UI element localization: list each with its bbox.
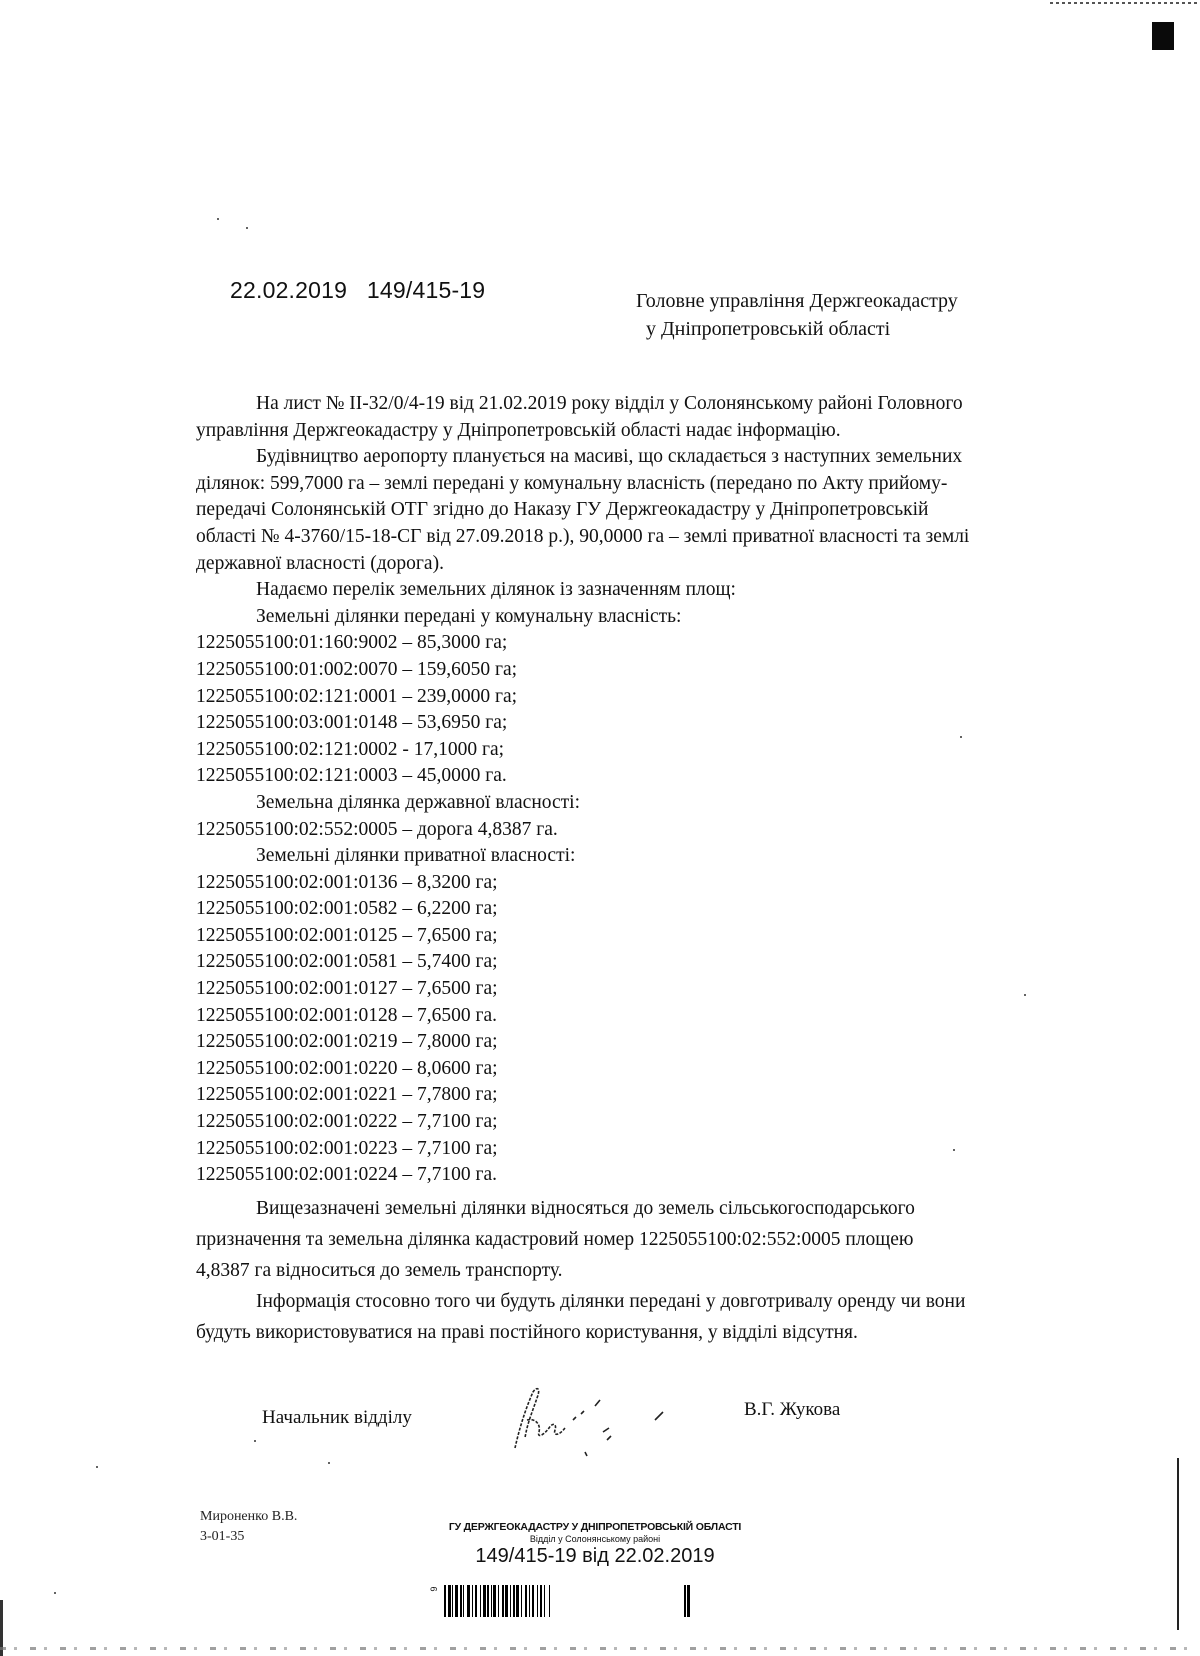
private-parcel: 1225055100:02:001:0224 – 7,7100 га.	[196, 1162, 1092, 1189]
intro-line-2: управління Держгеокадастру у Дніпропетро…	[196, 418, 1092, 445]
scan-dot	[960, 736, 962, 738]
private-parcel: 1225055100:02:001:0582 – 6,2200 га;	[196, 896, 1092, 923]
private-parcel: 1225055100:02:001:0221 – 7,7800 га;	[196, 1082, 1092, 1109]
communal-parcel: 1225055100:03:001:0148 – 53,6950 га;	[196, 710, 1092, 737]
stamp-registration-number: 149/415-19 від 22.02.2019	[430, 1545, 760, 1568]
private-parcel: 1225055100:02:001:0128 – 7,6500 га.	[196, 1003, 1092, 1030]
private-parcel: 1225055100:02:001:0223 – 7,7100 га;	[196, 1136, 1092, 1163]
scan-dot	[217, 218, 219, 220]
communal-parcel: 1225055100:01:160:9002 – 85,3000 га;	[196, 630, 1092, 657]
construction-line-4: області № 4-3760/15-18-СГ від 27.09.2018…	[196, 524, 1092, 551]
private-parcel: 1225055100:02:001:0136 – 8,3200 га;	[196, 870, 1092, 897]
scan-dot	[246, 227, 248, 229]
signature-role: Начальник відділу	[262, 1407, 412, 1429]
handwritten-signature	[505, 1380, 705, 1460]
document-date: 22.02.2019	[230, 277, 347, 303]
stamp-department: Відділ у Солонянському районі	[430, 1534, 760, 1544]
construction-line-5: державної власності (дорога).	[196, 551, 1092, 578]
outgoing-number: 149/415-19	[367, 277, 485, 303]
state-heading: Земельна ділянка державної власності:	[196, 790, 1092, 817]
letter-body: На лист № ІІ-32/0/4-19 від 21.02.2019 ро…	[196, 391, 1092, 1348]
scan-edge-line	[1177, 1458, 1179, 1630]
intro-line-1: На лист № ІІ-32/0/4-19 від 21.02.2019 ро…	[196, 391, 1092, 418]
addressee-line-1: Головне управління Держгеокадастру	[636, 287, 958, 315]
classification-line-3: 4,8387 га відноситься до земель транспор…	[196, 1255, 1092, 1286]
scan-registration-mark	[1152, 22, 1174, 50]
construction-line-1: Будівництво аеропорту планується на маси…	[196, 444, 1092, 471]
scan-dot	[54, 1592, 56, 1594]
executor-phone: 3-01-35	[200, 1527, 297, 1547]
communal-parcel: 1225055100:02:121:0003 – 45,0000 га.	[196, 763, 1092, 790]
scan-dot	[328, 1462, 330, 1464]
communal-parcel: 1225055100:01:002:0070 – 159,6050 га;	[196, 657, 1092, 684]
classification-line-2: призначення та земельна ділянка кадастро…	[196, 1224, 1092, 1255]
document-date-number: 22.02.2019 149/415-19	[230, 277, 485, 304]
communal-heading: Земельні ділянки передані у комунальну в…	[196, 604, 1092, 631]
signatory-name: В.Г. Жукова	[744, 1399, 840, 1421]
lease-info-line-1: Інформація стосовно того чи будуть ділян…	[196, 1286, 1092, 1317]
private-parcel: 1225055100:02:001:0581 – 5,7400 га;	[196, 949, 1092, 976]
classification-line-1: Вищезазначені земельні ділянки відносять…	[196, 1193, 1092, 1224]
barcode	[444, 1585, 550, 1617]
barcode-end-bars	[684, 1585, 690, 1617]
scan-dot	[96, 1466, 98, 1468]
state-parcel: 1225055100:02:552:0005 – дорога 4,8387 г…	[196, 817, 1092, 844]
lease-info-line-2: будуть використовуватися на праві постій…	[196, 1317, 1092, 1348]
scan-dot	[1024, 994, 1026, 996]
scan-dot	[953, 1149, 955, 1151]
private-parcel: 1225055100:02:001:0125 – 7,6500 га;	[196, 923, 1092, 950]
stamp-organization: ГУ ДЕРЖГЕОКАДАСТРУ У ДНІПРОПЕТРОВСЬКІЙ О…	[430, 1521, 760, 1533]
communal-parcel: 1225055100:02:121:0002 - 17,1000 га;	[196, 737, 1092, 764]
private-parcel: 1225055100:02:001:0127 – 7,6500 га;	[196, 976, 1092, 1003]
barcode-digit: 6	[429, 1586, 439, 1591]
executor-block: Мироненко В.В. 3-01-35	[200, 1507, 297, 1547]
addressee-block: Головне управління Держгеокадастру у Дні…	[636, 287, 958, 343]
construction-line-2: ділянок: 599,7000 га – землі передані у …	[196, 471, 1092, 498]
scan-dot	[254, 1440, 256, 1442]
scan-top-border	[1050, 2, 1200, 4]
list-intro: Надаємо перелік земельних ділянок із заз…	[196, 577, 1092, 604]
private-parcel: 1225055100:02:001:0222 – 7,7100 га;	[196, 1109, 1092, 1136]
private-heading: Земельні ділянки приватної власності:	[196, 843, 1092, 870]
communal-parcel: 1225055100:02:121:0001 – 239,0000 га;	[196, 684, 1092, 711]
registration-stamp: ГУ ДЕРЖГЕОКАДАСТРУ У ДНІПРОПЕТРОВСЬКІЙ О…	[430, 1521, 760, 1568]
scan-bottom-edge	[0, 1647, 1200, 1650]
executor-name: Мироненко В.В.	[200, 1507, 297, 1527]
private-parcel: 1225055100:02:001:0220 – 8,0600 га;	[196, 1056, 1092, 1083]
addressee-line-2: у Дніпропетровській області	[636, 315, 958, 343]
private-parcel: 1225055100:02:001:0219 – 7,8000 га;	[196, 1029, 1092, 1056]
construction-line-3: передачі Солонянській ОТГ згідно до Нака…	[196, 497, 1092, 524]
